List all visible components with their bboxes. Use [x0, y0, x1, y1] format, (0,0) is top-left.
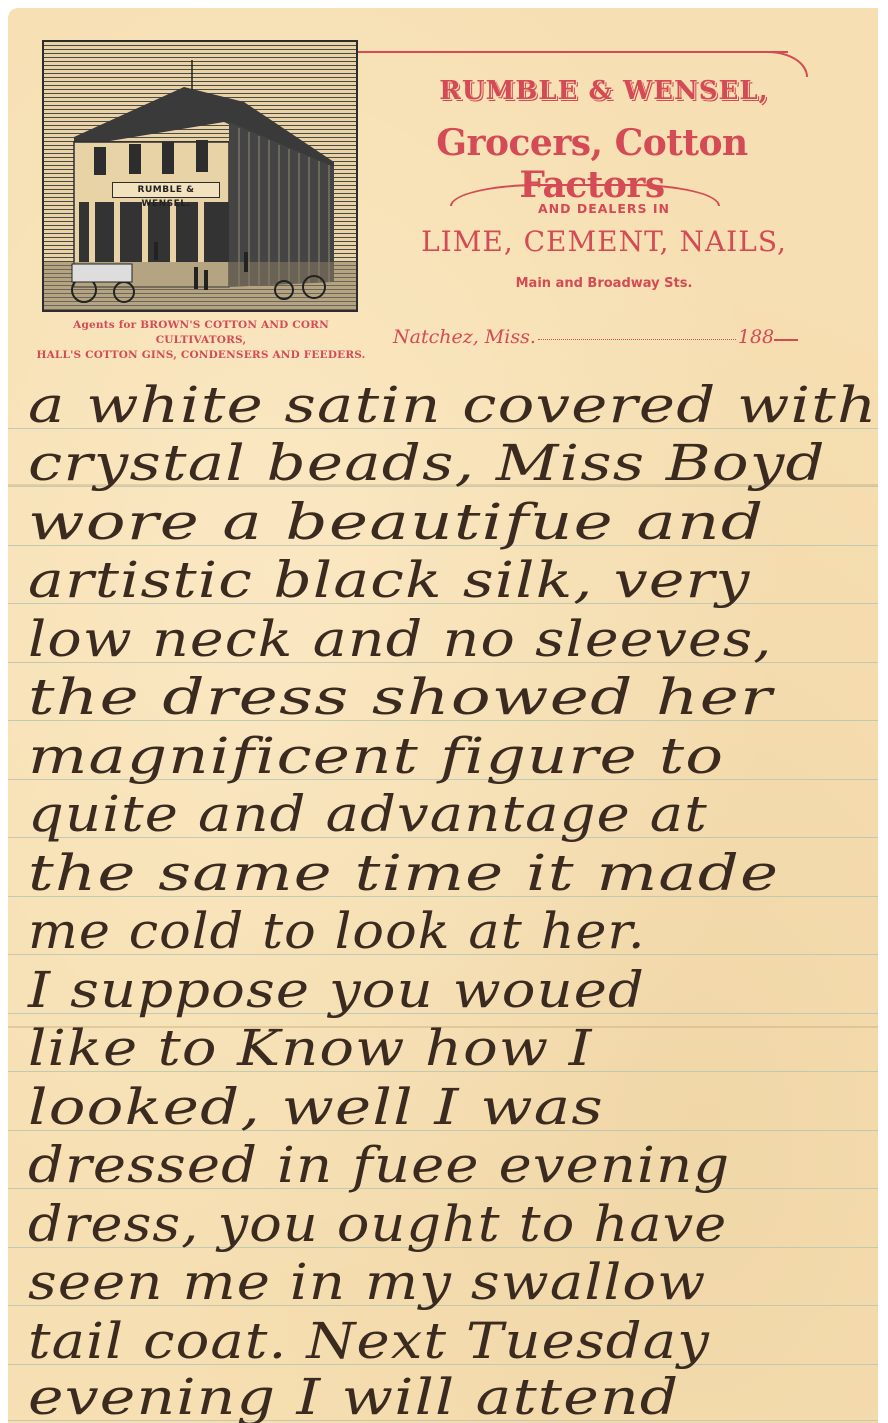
handwritten-line: tail coat. Next Tuesday — [28, 1312, 710, 1370]
handwritten-line: a white satin covered with — [28, 376, 878, 434]
handwritten-line: wore a beautifue and — [28, 493, 764, 551]
handwritten-line: seen me in my swallow — [28, 1253, 706, 1311]
handwritten-line: crystal beads, Miss Boyd — [28, 434, 826, 492]
goods-list: LIME, CEMENT, NAILS, — [360, 225, 848, 258]
letterhead-top-rule — [358, 51, 788, 53]
handwritten-line: quite and advantage at — [28, 785, 708, 843]
handwritten-line: low neck and no sleeves, — [28, 610, 773, 668]
handwritten-line: evening I will attend — [28, 1368, 679, 1423]
year-blank — [774, 339, 798, 341]
dateline: Natchez, Miss.188 — [393, 326, 813, 348]
storefront-engraving: RUMBLE & WENSEL. — [42, 40, 358, 312]
handwritten-line: I suppose you woued — [28, 961, 645, 1019]
dateline-year-prefix: 188 — [738, 326, 774, 348]
agents-line-1: Agents for BROWN'S COTTON AND CORN CULTI… — [36, 318, 366, 348]
handwritten-line: artistic black silk, very — [28, 551, 751, 609]
handwritten-line: the same time it made — [28, 844, 779, 902]
handwritten-line: the dress showed her — [28, 668, 773, 726]
dealers-label: AND DEALERS IN — [360, 201, 848, 216]
handwritten-line: magnificent figure to — [28, 727, 724, 785]
handwritten-line: looked, well I was — [28, 1078, 604, 1136]
dateline-city: Natchez, Miss. — [393, 326, 536, 348]
engraving-sign: RUMBLE & WENSEL. — [112, 182, 220, 198]
building-illustration-icon — [44, 42, 358, 312]
agents-notice: Agents for BROWN'S COTTON AND CORN CULTI… — [36, 318, 366, 363]
agents-line-2: HALL'S COTTON GINS, CONDENSERS AND FEEDE… — [36, 348, 366, 363]
firm-name: RUMBLE & WENSEL, — [360, 76, 848, 106]
handwritten-line: dressed in fuee evening — [28, 1136, 730, 1194]
handwritten-line: me cold to look at her. — [28, 902, 646, 960]
firm-address: Main and Broadway Sts. — [360, 276, 848, 291]
handwritten-line: dress, you ought to have — [28, 1195, 727, 1253]
handwritten-line: like to Know how I — [28, 1019, 593, 1077]
date-blank-dots — [538, 339, 736, 340]
